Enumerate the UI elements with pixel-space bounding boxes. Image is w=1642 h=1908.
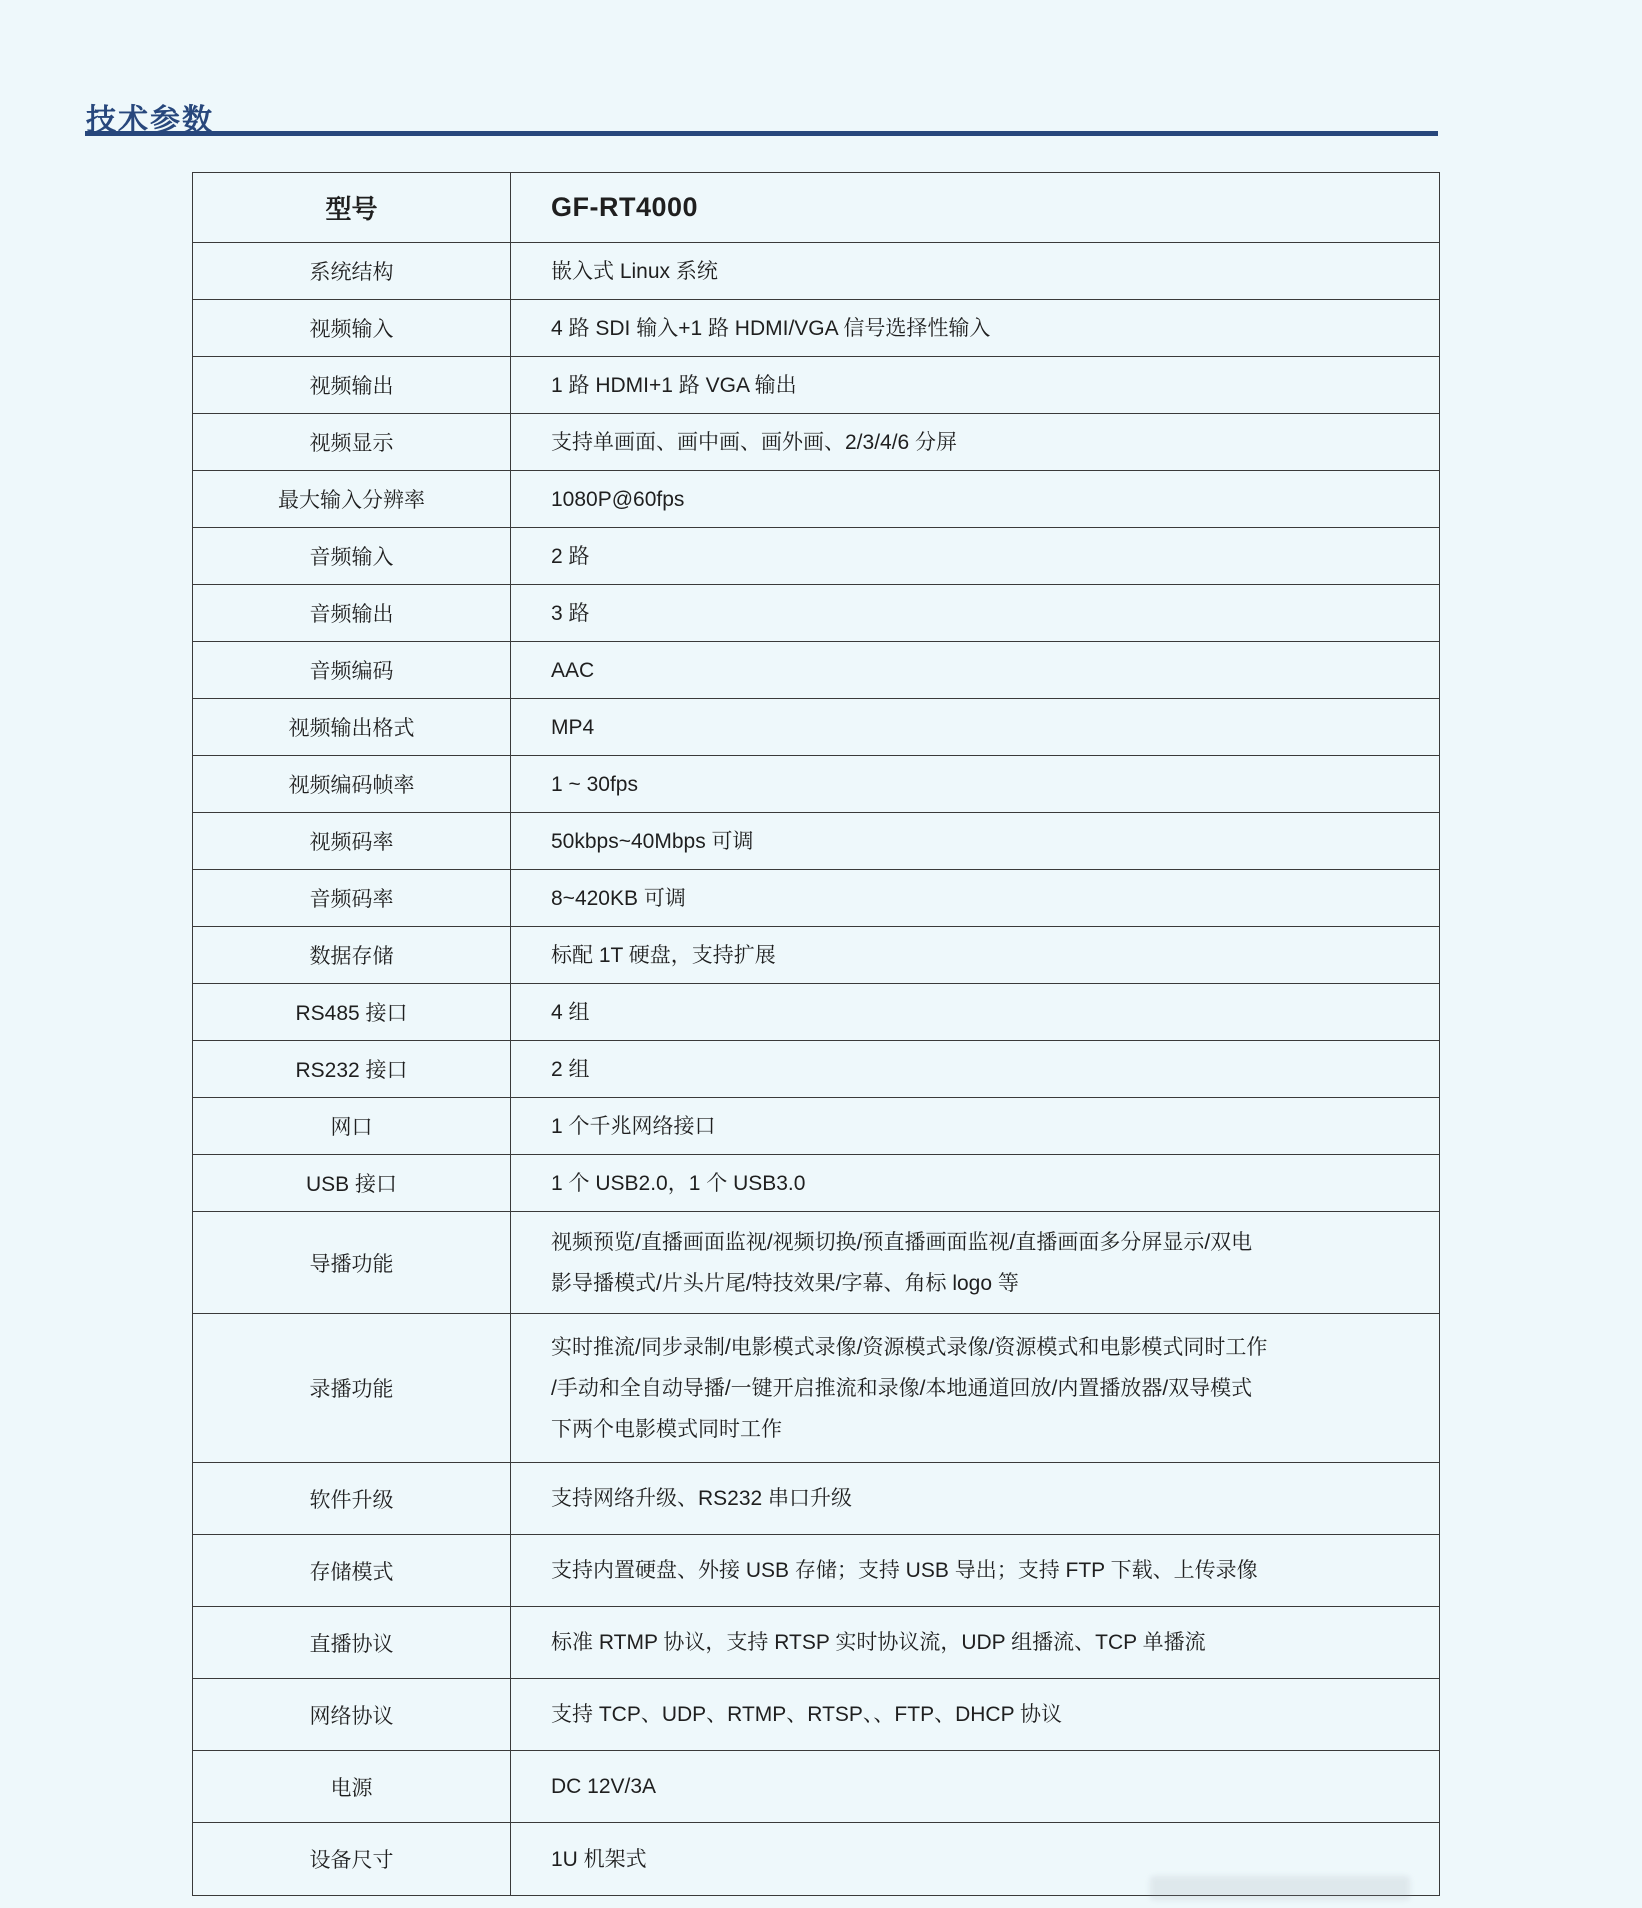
table-row: 视频输出格式 MP4 xyxy=(193,699,1439,756)
spec-label: 直播协议 xyxy=(193,1607,511,1678)
spec-label: 存储模式 xyxy=(193,1535,511,1606)
table-row: 视频码率 50kbps~40Mbps 可调 xyxy=(193,813,1439,870)
spec-label: 电源 xyxy=(193,1751,511,1822)
spec-value: 支持单画面、画中画、画外画、2/3/4/6 分屏 xyxy=(511,414,1439,470)
spec-label: 视频编码帧率 xyxy=(193,756,511,812)
table-row: 导播功能 视频预览/直播画面监视/视频切换/预直播画面监视/直播画面多分屏显示/… xyxy=(193,1212,1439,1314)
spec-label: 数据存储 xyxy=(193,927,511,983)
table-row: 音频输入 2 路 xyxy=(193,528,1439,585)
table-row: RS485 接口 4 组 xyxy=(193,984,1439,1041)
heading-underline xyxy=(85,131,1438,136)
spec-value: 1080P@60fps xyxy=(511,471,1439,527)
spec-table: 型号 GF-RT4000 系统结构 嵌入式 Linux 系统 视频输入 4 路 … xyxy=(192,172,1440,1896)
table-row: 数据存储 标配 1T 硬盘，支持扩展 xyxy=(193,927,1439,984)
spec-value: 4 组 xyxy=(511,984,1439,1040)
spec-value: 标配 1T 硬盘，支持扩展 xyxy=(511,927,1439,983)
spec-value: AAC xyxy=(511,642,1439,698)
spec-value: 8~420KB 可调 xyxy=(511,870,1439,926)
spec-label: 软件升级 xyxy=(193,1463,511,1534)
spec-label: 设备尺寸 xyxy=(193,1823,511,1895)
table-row: 电源 DC 12V/3A xyxy=(193,1751,1439,1823)
table-row: 网口 1 个千兆网络接口 xyxy=(193,1098,1439,1155)
table-row: 直播协议 标准 RTMP 协议，支持 RTSP 实时协议流，UDP 组播流、TC… xyxy=(193,1607,1439,1679)
spec-value: 2 组 xyxy=(511,1041,1439,1097)
spec-label: 系统结构 xyxy=(193,243,511,299)
table-row: 网络协议 支持 TCP、UDP、RTMP、RTSP、、FTP、DHCP 协议 xyxy=(193,1679,1439,1751)
watermark-smudge xyxy=(1150,1876,1410,1900)
spec-value: 实时推流/同步录制/电影模式录像/资源模式录像/资源模式和电影模式同时工作 /手… xyxy=(511,1314,1439,1462)
table-row: RS232 接口 2 组 xyxy=(193,1041,1439,1098)
spec-label: 型号 xyxy=(193,173,511,242)
spec-label: USB 接口 xyxy=(193,1155,511,1211)
spec-label: 视频码率 xyxy=(193,813,511,869)
spec-value: GF-RT4000 xyxy=(511,173,1439,242)
spec-value: 50kbps~40Mbps 可调 xyxy=(511,813,1439,869)
table-row: 系统结构 嵌入式 Linux 系统 xyxy=(193,243,1439,300)
table-header-row: 型号 GF-RT4000 xyxy=(193,173,1439,243)
spec-label: 最大输入分辨率 xyxy=(193,471,511,527)
table-row: 视频显示 支持单画面、画中画、画外画、2/3/4/6 分屏 xyxy=(193,414,1439,471)
spec-label: 音频码率 xyxy=(193,870,511,926)
table-row: 软件升级 支持网络升级、RS232 串口升级 xyxy=(193,1463,1439,1535)
spec-label: 视频显示 xyxy=(193,414,511,470)
spec-label: 视频输入 xyxy=(193,300,511,356)
spec-value: 1 个千兆网络接口 xyxy=(511,1098,1439,1154)
spec-value: 标准 RTMP 协议，支持 RTSP 实时协议流，UDP 组播流、TCP 单播流 xyxy=(511,1607,1439,1678)
spec-label: 录播功能 xyxy=(193,1314,511,1462)
spec-value: 视频预览/直播画面监视/视频切换/预直播画面监视/直播画面多分屏显示/双电 影导… xyxy=(511,1212,1439,1313)
spec-label: 视频输出 xyxy=(193,357,511,413)
spec-label: RS485 接口 xyxy=(193,984,511,1040)
table-row: 音频输出 3 路 xyxy=(193,585,1439,642)
spec-label: 音频输出 xyxy=(193,585,511,641)
spec-value: MP4 xyxy=(511,699,1439,755)
spec-label: 音频输入 xyxy=(193,528,511,584)
spec-label: 网络协议 xyxy=(193,1679,511,1750)
table-row: 最大输入分辨率 1080P@60fps xyxy=(193,471,1439,528)
table-row: USB 接口 1 个 USB2.0，1 个 USB3.0 xyxy=(193,1155,1439,1212)
table-row: 视频输出 1 路 HDMI+1 路 VGA 输出 xyxy=(193,357,1439,414)
spec-label: 网口 xyxy=(193,1098,511,1154)
table-row: 音频码率 8~420KB 可调 xyxy=(193,870,1439,927)
spec-value: 1 个 USB2.0，1 个 USB3.0 xyxy=(511,1155,1439,1211)
spec-value: 1 ~ 30fps xyxy=(511,756,1439,812)
table-row: 音频编码 AAC xyxy=(193,642,1439,699)
table-row: 存储模式 支持内置硬盘、外接 USB 存储；支持 USB 导出；支持 FTP 下… xyxy=(193,1535,1439,1607)
spec-value: 4 路 SDI 输入+1 路 HDMI/VGA 信号选择性输入 xyxy=(511,300,1439,356)
document-page: 技术参数 型号 GF-RT4000 系统结构 嵌入式 Linux 系统 视频输入… xyxy=(0,0,1642,1908)
table-row: 视频编码帧率 1 ~ 30fps xyxy=(193,756,1439,813)
spec-value: 嵌入式 Linux 系统 xyxy=(511,243,1439,299)
spec-value: 3 路 xyxy=(511,585,1439,641)
spec-value: 1 路 HDMI+1 路 VGA 输出 xyxy=(511,357,1439,413)
spec-label: RS232 接口 xyxy=(193,1041,511,1097)
spec-label: 视频输出格式 xyxy=(193,699,511,755)
spec-value: DC 12V/3A xyxy=(511,1751,1439,1822)
spec-label: 音频编码 xyxy=(193,642,511,698)
spec-value: 支持内置硬盘、外接 USB 存储；支持 USB 导出；支持 FTP 下载、上传录… xyxy=(511,1535,1439,1606)
spec-value: 2 路 xyxy=(511,528,1439,584)
table-row: 视频输入 4 路 SDI 输入+1 路 HDMI/VGA 信号选择性输入 xyxy=(193,300,1439,357)
spec-label: 导播功能 xyxy=(193,1212,511,1313)
spec-value: 支持 TCP、UDP、RTMP、RTSP、、FTP、DHCP 协议 xyxy=(511,1679,1439,1750)
table-row: 录播功能 实时推流/同步录制/电影模式录像/资源模式录像/资源模式和电影模式同时… xyxy=(193,1314,1439,1463)
spec-value: 支持网络升级、RS232 串口升级 xyxy=(511,1463,1439,1534)
